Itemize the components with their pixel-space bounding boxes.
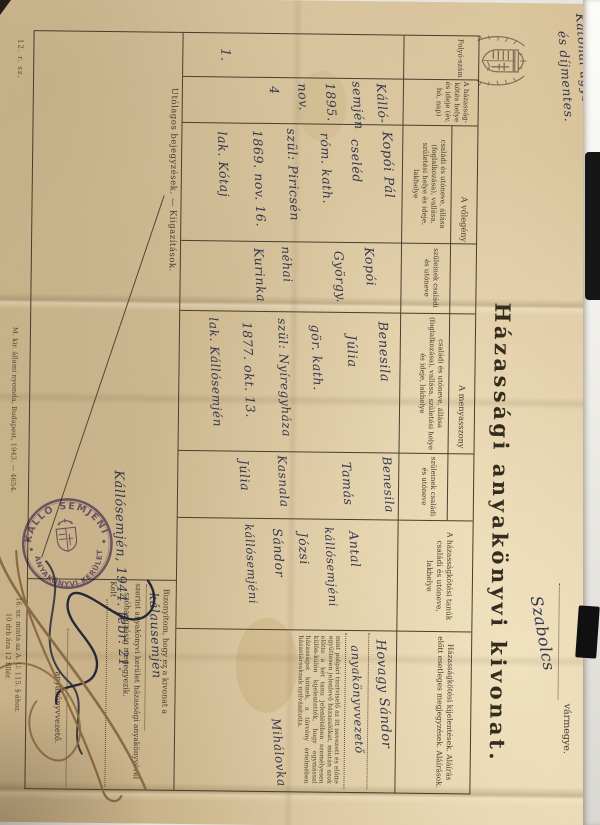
header-bride-details: családi és utóneve, állása (foglalkozása… (416, 317, 445, 450)
header-declarations: Házasságkötési kijelentések. Aláírás elő… (434, 635, 455, 789)
hw-line: lak. Kótaj (215, 131, 233, 197)
table-line (394, 36, 405, 793)
page-title: Házassági anyakönyvi kivonat. (484, 253, 516, 813)
hw-line: kállósemjéni (322, 526, 341, 607)
hw-line: Antal (346, 531, 363, 568)
hw-line: Kopói Pál (379, 131, 397, 199)
hw-line: György. (331, 250, 349, 303)
cell-marriage-place-date: Kálló- semjén 1895. nov. 4 (469, 37, 478, 794)
hw-line: 1877. okt. 13. (240, 322, 259, 419)
hw-line: Kurinka (251, 248, 269, 303)
cell-bride-details: Benesila Júlia gör. kath. szül: Nyíregyh… (469, 37, 478, 794)
printer-imprint: M. kir. állami nyomda, Budapest, 1943. —… (9, 327, 19, 493)
hw-line: Júlia (343, 335, 359, 368)
registrar-signature-name: Hovagy Sándor (372, 639, 393, 749)
hw-line: gör. kath. (308, 324, 326, 391)
hw-line: 1895. (323, 82, 340, 122)
hw-line: Józsi (295, 532, 312, 565)
hw-line: nov. (295, 83, 312, 111)
cell-bride-parents: Benesila Tamás Kasnala Júlia (469, 37, 478, 794)
dotted-line (343, 633, 347, 789)
cell-witnesses: Antal kállósemjéni Józsi Sándor kállósem… (469, 37, 478, 794)
form-price: 10 drb ára 12 fillér. (4, 613, 13, 680)
header-groom-parents: szüleinek családi és utóneve (421, 246, 440, 310)
hw-line: Júlia (236, 459, 253, 491)
registrar-title-handwritten: anyakönyvvezető (348, 645, 366, 754)
hw-line: róm. kath. (318, 132, 336, 204)
scanned-marriage-certificate: Katonai ügyben bélyeg és díjmentes. (0, 0, 600, 825)
hw-line: szül: Piricsén (284, 128, 303, 221)
header-groom-details: családi és utóneve, állása (foglalkozása… (410, 128, 448, 240)
header-bride-section: A menyasszony (455, 313, 468, 520)
document-paper: Katonai ügyben bélyeg és díjmentes. (0, 0, 598, 825)
registrar-signature-flourish-icon (0, 549, 168, 809)
hw-line: szül: Nyíregyháza (275, 318, 294, 437)
hw-line: semjén (349, 81, 367, 130)
header-witnesses: A házasságkötési tanúk családi és utónev… (424, 524, 455, 628)
certification-block: Bizonyítom, hogy ez a kivonat a kálausem… (469, 37, 478, 794)
table-line (446, 125, 452, 520)
form-series-number: 12. r. sz. (16, 39, 24, 79)
cell-serial: 1. (217, 33, 233, 76)
hw-line: Benesila (375, 321, 392, 382)
subsequent-entries-label: Utólagos bejegyzések. — Kiigazítások. (167, 88, 179, 272)
header-bride-parents: szüleinek családi és utóneve (418, 455, 437, 518)
cell-declarations: Hovagy Sándor anyakönyvvezető mint polgá… (469, 37, 478, 794)
cell-groom-parents: Kopói György. néhai Kurinka (469, 37, 478, 794)
header-marriage: A házasság-kötés helye és ideje (év, hó,… (433, 80, 470, 124)
hw-line: Sándor (270, 528, 288, 578)
county-blank-line (557, 584, 560, 700)
county-handwritten: Szabolcs (527, 594, 559, 672)
scanner-edge-strip (583, 0, 600, 825)
cell-groom-details: Kopói Pál cseléd róm. kath. szül: Pirics… (469, 37, 478, 794)
county-label: vármegye. (561, 704, 573, 754)
binding-clip-mark (585, 152, 600, 300)
hw-line: Kopói (362, 247, 379, 287)
hw-line: kállósemjéni (242, 523, 261, 604)
hw-line: 4 (267, 86, 282, 95)
note-line: és díjmentes. (555, 30, 577, 122)
form-reference: 16. sz. minta az A. U. 115. §-ához. (13, 597, 22, 713)
table-line (181, 240, 476, 245)
hw-line: néhai (279, 246, 295, 283)
hw-line: cseléd (348, 139, 365, 183)
header-groom-section: A vőlegény (457, 125, 470, 313)
table-line (176, 628, 471, 633)
hw-line: Tamás (339, 462, 356, 506)
header-serial: Folyó-szám (455, 37, 465, 79)
dotted-line (366, 633, 370, 789)
hw-line: Kasnala (275, 455, 292, 508)
declaration-extra-note: Mihálovka (269, 718, 289, 788)
hungarian-coat-of-arms-icon (473, 30, 532, 91)
hw-line: Benesila (379, 456, 396, 513)
hw-line: 1869. nov. 16. (250, 130, 269, 228)
hw-line: lak. Kállósemjén (206, 317, 224, 427)
binding-clip-mark (575, 605, 600, 658)
hw-line: Kálló- (374, 83, 391, 124)
table-line (180, 310, 475, 315)
declaration-clause: mint polgári tisztviselő az itt nevezett… (295, 635, 341, 784)
